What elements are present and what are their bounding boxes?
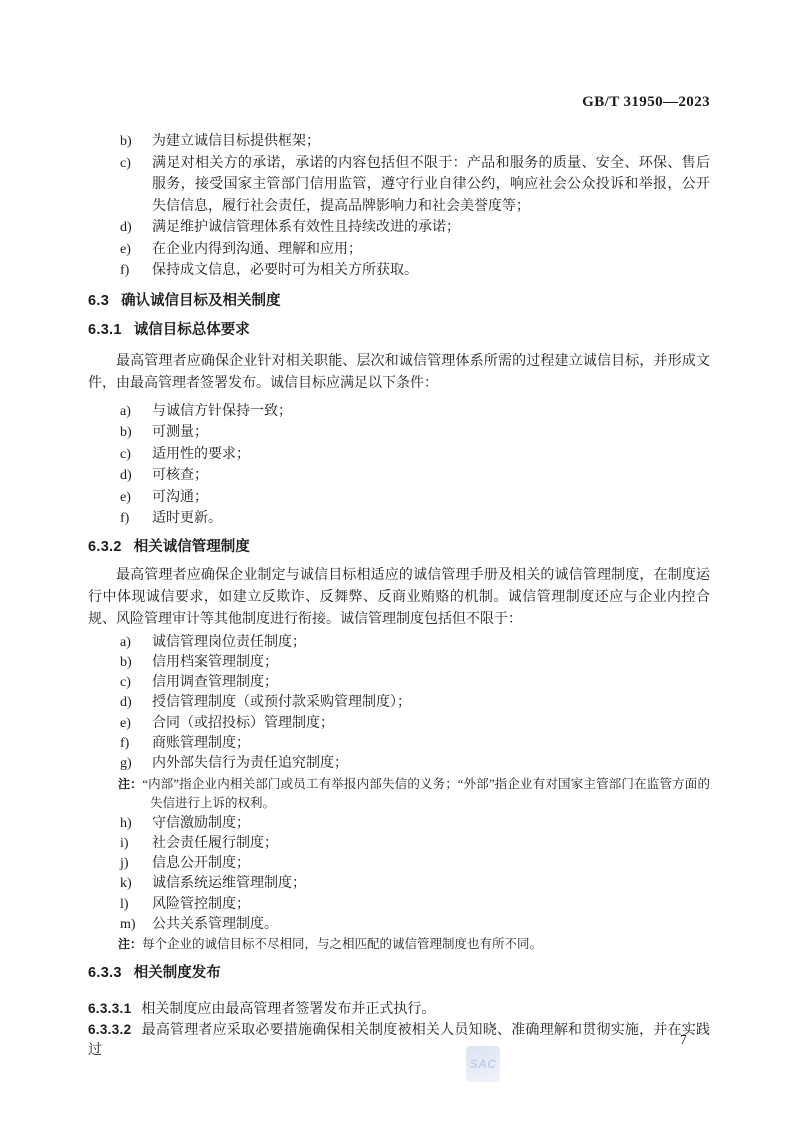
heading-number: 6.3.2 [88,539,122,555]
clause-text: 最高管理者应采取必要措施确保相关制度被相关人员知晓、准确理解和贯彻实施，并在实践… [88,1023,710,1058]
clause-number: 6.3.3.1 [88,1001,131,1016]
sac-watermark-logo: SAC [466,1046,500,1082]
list-item-text: 适用性的要求； [152,447,250,462]
note-label: 注： [118,937,142,951]
list-item-text: 满足维护诚信管理体系有效性且持续改进的承诺； [152,220,460,235]
heading-number: 6.3.1 [88,322,122,338]
list-item-text: 与诚信方针保持一致； [152,404,292,419]
list-item-label: m) [120,915,136,935]
list-item-label: d) [120,693,132,713]
list-item: e)合同（或招投标）管理制度； [88,714,710,734]
list-item-text: 内外部失信行为责任追究制度； [152,756,348,771]
list-item: e)可沟通； [88,487,710,509]
list-item-label: c) [120,444,131,466]
list-item: c)信用调查管理制度； [88,673,710,693]
list-item: a)诚信管理岗位责任制度； [88,633,710,653]
list-6-3-2-h-m: h)守信激励制度； i)社会责任履行制度； j)信息公开制度； k)诚信系统运维… [88,814,710,936]
page-number: 7 [680,1032,687,1048]
paragraph-6-3-1: 最高管理者应确保企业针对相关职能、层次和诚信管理体系所需的过程建立诚信目标，并形… [88,351,710,395]
list-item-text: 为建立诚信目标提供框架； [152,134,320,149]
list-item-text: 守信激励制度； [152,816,250,831]
list-item-text: 授信管理制度（或预付款采购管理制度）； [152,695,411,710]
list-item-label: k) [120,874,132,894]
list-item: m)公共关系管理制度。 [88,915,710,935]
list-item-text: 信用档案管理制度； [152,655,278,670]
list-item-text: 风险管控制度； [152,897,250,912]
list-item-text: 适时更新。 [152,511,222,526]
list-item-label: e) [120,714,131,734]
list-continuation-b-f: b)为建立诚信目标提供框架； c)满足对相关方的承诺，承诺的内容包括但不限于：产… [88,131,710,282]
list-item: c)满足对相关方的承诺，承诺的内容包括但不限于：产品和服务的质量、安全、环保、售… [88,153,710,218]
list-item-label: a) [120,401,131,423]
list-item-label: b) [120,131,132,153]
list-item-text: 信息公开制度； [152,856,250,871]
heading-title: 确认诚信目标及相关制度 [121,293,281,309]
list-item: b)为建立诚信目标提供框架； [88,131,710,153]
list-item-label: c) [120,153,131,175]
heading-title: 相关制度发布 [134,965,221,981]
list-item-text: 诚信系统运维管理制度； [152,876,306,891]
section-heading-6-3-3: 6.3.3相关制度发布 [88,966,710,981]
document-page: GB/T 31950—2023 b)为建立诚信目标提供框架； c)满足对相关方的… [0,0,794,1123]
note-label: 注： [118,777,142,791]
list-6-3-2-a-g: a)诚信管理岗位责任制度； b)信用档案管理制度； c)信用调查管理制度； d)… [88,633,710,775]
standard-number-header: GB/T 31950—2023 [88,94,710,110]
list-item-label: b) [120,422,132,444]
section-heading-6-3-2: 6.3.2相关诚信管理制度 [88,540,710,555]
list-item-label: h) [120,814,132,834]
clause-number: 6.3.3.2 [88,1022,131,1037]
list-item-label: e) [120,487,131,509]
list-item-label: j) [120,854,129,874]
list-item-text: 商账管理制度； [152,736,250,751]
list-item-text: 在企业内得到沟通、理解和应用； [152,242,362,257]
heading-number: 6.3 [88,293,109,309]
list-item: k)诚信系统运维管理制度； [88,874,710,894]
clause-6-3-3-1: 6.3.3.1相关制度应由最高管理者签署发布并正式执行。 [88,999,710,1020]
list-item-text: 满足对相关方的承诺，承诺的内容包括但不限于：产品和服务的质量、安全、环保、售后服… [152,156,710,214]
clause-text: 相关制度应由最高管理者签署发布并正式执行。 [141,1002,435,1017]
list-item-label: f) [120,260,129,282]
list-item: d)可核查； [88,465,710,487]
note-text: 每个企业的诚信目标不尽相同，与之相匹配的诚信管理制度也有所不同。 [142,937,542,951]
list-6-3-1: a)与诚信方针保持一致； b)可测量； c)适用性的要求； d)可核查； e)可… [88,401,710,530]
list-item: g)内外部失信行为责任追究制度； [88,754,710,774]
watermark-text: SAC [470,1057,497,1071]
list-item: e)在企业内得到沟通、理解和应用； [88,239,710,261]
note-text: “内部”指企业内相关部门或员工有举报内部失信的义务；“外部”指企业有对国家主管部… [142,777,710,811]
list-item-label: l) [120,895,129,915]
list-item-label: i) [120,834,129,854]
list-item-label: a) [120,633,131,653]
list-item: b)信用档案管理制度； [88,653,710,673]
list-item-label: c) [120,673,131,693]
list-item: b)可测量； [88,422,710,444]
list-item-label: f) [120,508,129,530]
note-internal-external: 注：“内部”指企业内相关部门或员工有举报内部失信的义务；“外部”指企业有对国家主… [118,775,710,814]
list-item-label: b) [120,653,132,673]
list-item-text: 信用调查管理制度； [152,675,278,690]
list-item-text: 社会责任履行制度； [152,836,278,851]
section-heading-6-3-1: 6.3.1诚信目标总体要求 [88,323,710,338]
list-item: d)满足维护诚信管理体系有效性且持续改进的承诺； [88,217,710,239]
list-item: f)适时更新。 [88,508,710,530]
list-item: a)与诚信方针保持一致； [88,401,710,423]
list-item-text: 可沟通； [152,490,208,505]
list-item-text: 公共关系管理制度。 [152,917,278,932]
heading-number: 6.3.3 [88,965,122,981]
list-item-label: e) [120,239,131,261]
section-heading-6-3: 6.3确认诚信目标及相关制度 [88,294,710,309]
list-item: i)社会责任履行制度； [88,834,710,854]
heading-title: 相关诚信管理制度 [134,539,250,555]
list-item-label: g) [120,754,132,774]
list-item: c)适用性的要求； [88,444,710,466]
note-objectives-differ: 注：每个企业的诚信目标不尽相同，与之相匹配的诚信管理制度也有所不同。 [118,935,710,955]
clause-6-3-3-2: 6.3.3.2最高管理者应采取必要措施确保相关制度被相关人员知晓、准确理解和贯彻… [88,1020,710,1061]
list-item-label: f) [120,734,129,754]
list-item-text: 可核查； [152,468,208,483]
list-item: f)商账管理制度； [88,734,710,754]
list-item: f)保持成文信息，必要时可为相关方所获取。 [88,260,710,282]
list-item-text: 诚信管理岗位责任制度； [152,635,306,650]
list-item: j)信息公开制度； [88,854,710,874]
heading-title: 诚信目标总体要求 [134,322,250,338]
list-item: d)授信管理制度（或预付款采购管理制度）； [88,693,710,713]
list-item: l)风险管控制度； [88,895,710,915]
paragraph-6-3-2: 最高管理者应确保企业制定与诚信目标相适应的诚信管理手册及相关的诚信管理制度，在制… [88,565,710,631]
list-item-text: 保持成文信息，必要时可为相关方所获取。 [152,263,418,278]
list-item-label: d) [120,465,132,487]
list-item-text: 合同（或招投标）管理制度； [152,716,334,731]
list-item-text: 可测量； [152,425,208,440]
list-item: h)守信激励制度； [88,814,710,834]
list-item-label: d) [120,217,132,239]
